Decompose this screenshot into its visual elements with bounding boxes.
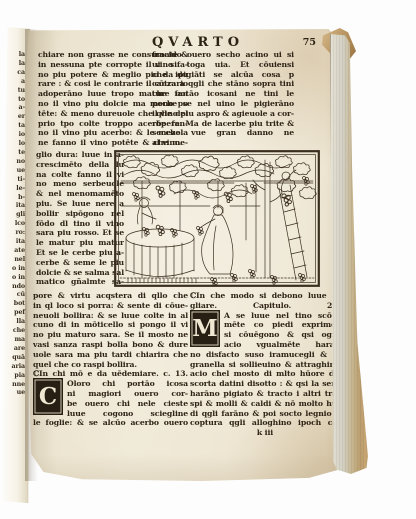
text-fragment: lla — [5, 318, 25, 327]
text-line: quel che co raspi bollira. — [33, 360, 188, 370]
text-line: che uotāo icosani ne tini le leuino — [152, 89, 294, 99]
text-line: acio chel mosto di mlto hūore di- — [190, 369, 340, 379]
text-fragment: to — [5, 96, 25, 105]
text-line: spi & molli & caldi & nō molto hūi — [190, 399, 340, 409]
text-fragment: cū — [5, 291, 25, 300]
text-fragment: ma — [5, 336, 25, 345]
text-line: harāno pigiato & tracto i altri tra- — [190, 389, 340, 399]
text-line: & nel menomamēto — [36, 189, 124, 199]
text-line: secche vue gran danno ne sequita — [152, 128, 294, 138]
text-line: coptura qgli alloghino ipoch cal — [190, 418, 340, 428]
text-fragment: ndo — [5, 283, 25, 292]
text-line: no disfacto suso iramucegli & le — [190, 350, 340, 360]
text-line: cerbe & seme le piu — [36, 258, 124, 268]
text-line: scorta datini disotto : & qsi la sera — [190, 379, 340, 389]
text-fragment: ta — [5, 122, 25, 131]
text-line: il vino piu aspro & agieuole a cor- — [152, 109, 294, 119]
text-fragment: la — [5, 60, 25, 69]
text-line: na colte fanno il vi — [36, 170, 124, 180]
text-line: k iii — [190, 428, 340, 438]
text-line: di qgli farāno & poi socto legnio a — [190, 409, 340, 419]
left-column-beside-woodcut: glio dura: luue in a-crescimēto della lu… — [36, 150, 124, 287]
text-fragment: b- — [5, 194, 25, 203]
page-number: 75 — [276, 37, 316, 48]
text-fragment: ue — [5, 167, 25, 176]
text-fragment: nne — [5, 381, 25, 390]
text-line: che ipigiāti se alcūa cosa p dimēti — [152, 70, 294, 80]
text-fragment: ca — [5, 69, 25, 78]
book-fore-edge — [330, 34, 368, 474]
text-fragment: gli — [5, 211, 25, 220]
text-fragment: ita — [5, 202, 25, 211]
text-fragment: che — [5, 327, 25, 336]
text-line: sara piu rosso. Et se — [36, 228, 124, 238]
book-page: QVARTO 75 chiare non grasse ne consumate… — [24, 29, 348, 481]
text-line: neuoli bollira: & se luue colte in al — [33, 311, 188, 321]
text-fragment: er — [5, 113, 25, 122]
text-fragment: o in — [5, 274, 25, 283]
text-line: vasi sanza raspi bolla bono & dure — [33, 340, 188, 350]
text-fragment: quā — [5, 354, 25, 363]
text-line: le matur piu matur — [36, 238, 124, 248]
text-line: glio dura: luue in a- — [36, 150, 124, 160]
text-line: le foglie: & se alcūo acerbo ouero — [33, 418, 188, 428]
text-line: pore & virtu acqstera di qllo che — [33, 291, 188, 301]
text-fragment: le- — [5, 185, 25, 194]
text-line: cuno di in mōticello si pongo il vi — [33, 320, 188, 330]
text-fragment: pef — [5, 309, 25, 318]
text-fragment: ti- — [5, 176, 25, 185]
drop-cap-initial-c: C — [33, 378, 63, 415]
text-line: poche se nel uino le pigierāno sara — [152, 99, 294, 109]
text-line: matico gñalmte sa- — [36, 277, 124, 287]
text-fragment: ue — [5, 389, 25, 398]
text-fragment: ita — [5, 238, 25, 247]
text-fragment: la — [5, 51, 25, 60]
text-line: in ql loco si porra: & sente di cōue- — [33, 301, 188, 311]
text-line: Et se le cerbe piu a- — [36, 248, 124, 258]
text-line: al vino. — [152, 138, 294, 148]
text-fragment: bot — [5, 300, 25, 309]
text-fragment: a — [5, 78, 25, 87]
book-photo: lalacaatutoa-ertaiolotenoueti-le-b-itagl… — [0, 0, 416, 519]
text-line: rōpere. Ma de lacerbe piu trite & — [152, 119, 294, 129]
text-fragment: aria — [5, 363, 25, 372]
text-line: fracido ouero secho acino ui si tro — [152, 50, 294, 60]
text-fragment: ro: — [5, 229, 25, 238]
text-fragment: lco — [5, 220, 25, 229]
text-fragment: are — [5, 345, 25, 354]
text-line: piu. Se luue nere a — [36, 199, 124, 209]
text-fragment: nel — [5, 256, 25, 265]
text-line: bollir sipōgono nel — [36, 209, 124, 219]
text-fragment: ate — [5, 247, 25, 256]
text-line: dolcie & se salma sal — [36, 268, 124, 278]
text-fragment: lo — [5, 140, 25, 149]
right-column-top: fracido ouero secho acino ui si troui si… — [152, 50, 294, 148]
text-fragment: a- — [5, 104, 25, 113]
woodcut-illustration — [114, 150, 320, 287]
text-line: fōdo dl tino il vino — [36, 219, 124, 229]
text-fragment: io — [5, 131, 25, 140]
text-line: canza a qgli che stāno sopra tini & — [152, 79, 294, 89]
text-line: granella si sollieuino & attraghino — [190, 360, 340, 370]
text-fragment: tu — [5, 87, 25, 96]
facing-page-text-fragments: lalacaatutoa-ertaiolotenoueti-le-b-itagl… — [5, 51, 25, 398]
text-fragment: o in — [5, 265, 25, 274]
drop-cap-initial-m: M — [190, 310, 220, 347]
text-line: ui si toga uia. Et cōuiensi anchora — [152, 60, 294, 70]
text-fragment: pia — [5, 372, 25, 381]
text-line: no meno serbeuole — [36, 179, 124, 189]
text-fragment: no — [5, 158, 25, 167]
text-fragment: te — [5, 149, 25, 158]
text-line: no piu maturo sara. Se il mosto ne — [33, 330, 188, 340]
text-line: ℂIn che modo si debono luue pi — [190, 291, 340, 301]
text-line: uole sara ma piu tardi chiarira che — [33, 350, 188, 360]
text-line: crescimēto della lu — [36, 160, 124, 170]
